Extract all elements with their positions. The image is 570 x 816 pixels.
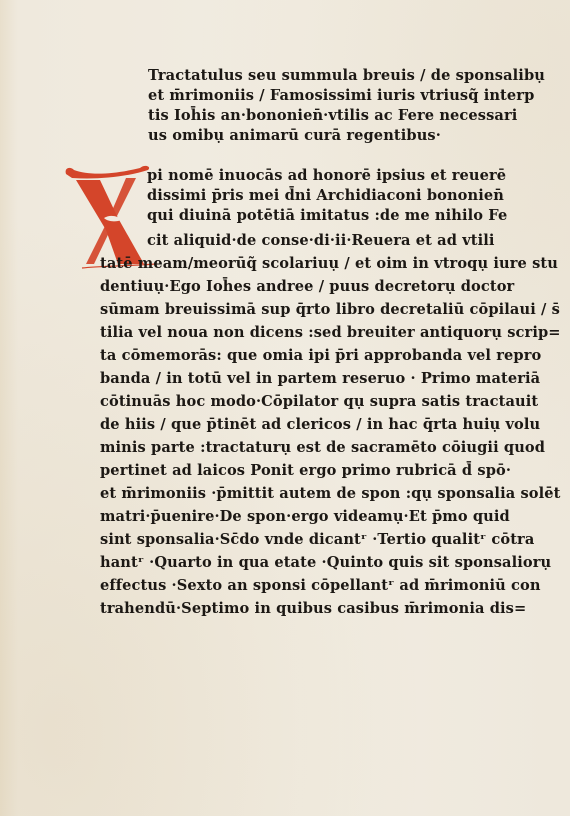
- text-line: de hiis / que p̄tinēt ad clericos / in h…: [100, 415, 540, 434]
- title-line: Tractatulus seu summula breuis / de spon…: [148, 66, 545, 85]
- text-line: tilia vel noua non dicens :sed breuiter …: [100, 323, 561, 342]
- text-line: sūmam breuissimā sup q̄rto libro decreta…: [100, 300, 560, 319]
- title-line: tis Ioh̄is an·bononien̄·vtilis ac Fere n…: [148, 106, 517, 125]
- text-line: cit aliquid·de conse·di·ii·Reuera et ad …: [147, 231, 495, 250]
- text-line: effectus ·Sexto an sponsi cōpellantʳ ad …: [100, 576, 541, 595]
- text-line: et m̄rimoniis ·p̄mittit autem de spon :q…: [100, 484, 560, 503]
- text-line: banda / in totū vel in partem reseruo · …: [100, 369, 540, 388]
- text-line: tatē meam/meorūq̃ scolariuụ / et oim in …: [100, 254, 558, 273]
- book-page: Tractatulus seu summula breuis / de spon…: [0, 0, 570, 816]
- text-line: pertinet ad laicos Ponit ergo primo rubr…: [100, 461, 511, 480]
- text-line: pi nomē inuocās ad honorē ipsius et reue…: [147, 166, 506, 185]
- text-line: dissimi p̄ris mei d̄ni Archidiaconi bono…: [147, 186, 504, 205]
- text-line: sint sponsalia·Sc̄do vnde dicantʳ ·Terti…: [100, 530, 534, 549]
- text-line: matri·p̄uenire·De spon·ergo videamụ·Et p…: [100, 507, 510, 526]
- text-line: cōtinuās hoc modo·Cōpilator qụ supra sat…: [100, 392, 538, 411]
- text-line: ta cōmemorās: que omia ipi p̄ri approban…: [100, 346, 541, 365]
- text-line: minis parte :tractaturụ est de sacramēto…: [100, 438, 545, 457]
- title-line: et m̄rimoniis / Famosissimi iuris vtrius…: [148, 86, 534, 105]
- text-line: trahendū·Septimo in quibus casibus m̄rim…: [100, 599, 526, 618]
- text-line: qui diuinā potētiā imitatus :de me nihil…: [147, 206, 507, 225]
- text-line: hantʳ ·Quarto in qua etate ·Quinto quis …: [100, 553, 551, 572]
- text-line: dentiuụ·Ego Ioh̄es andree / puus decreto…: [100, 277, 514, 296]
- title-line: us omibụ animarū curā regentibus·: [148, 126, 441, 145]
